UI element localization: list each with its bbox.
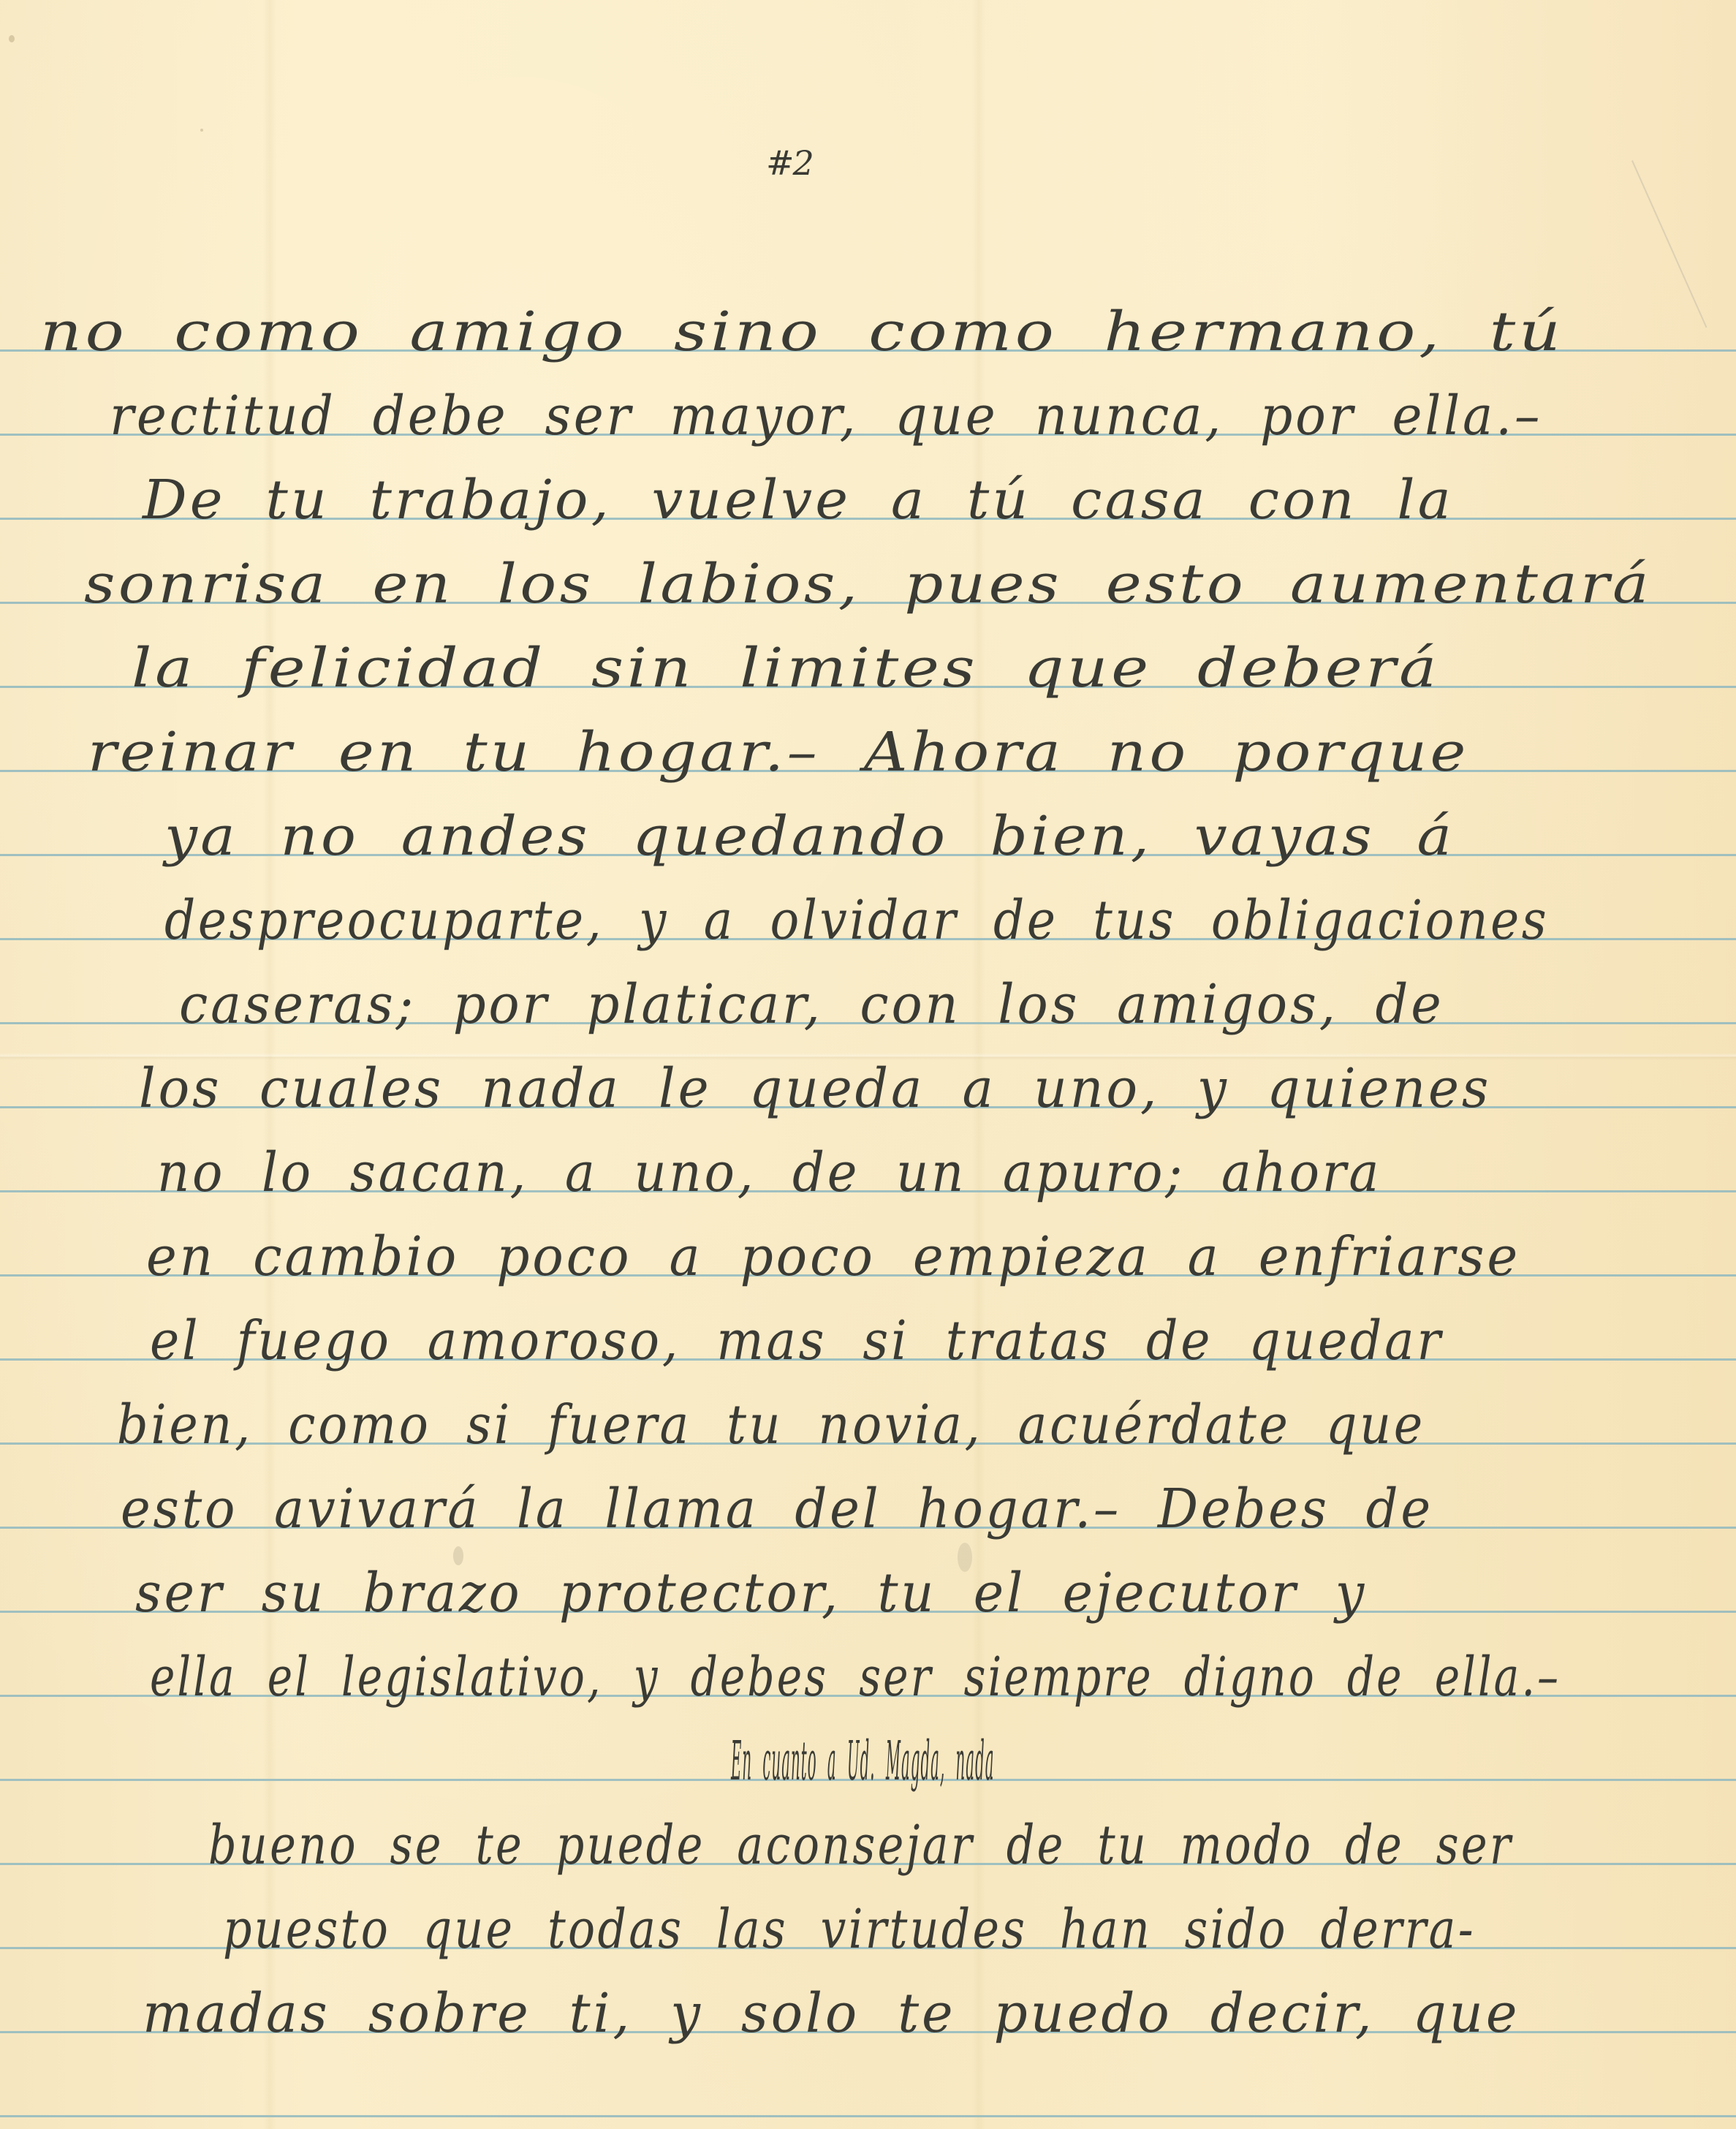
handwritten-line: bueno se te puede aconsejar de tu modo d… — [208, 1818, 1513, 1872]
handwritten-line: los cuales nada le queda a uno, y quiene… — [139, 1062, 1491, 1116]
handwritten-line: en cambio poco a poco empieza a enfriars… — [146, 1230, 1520, 1284]
handwritten-line: no lo sacan, a uno, de un apuro; ahora — [157, 1146, 1381, 1200]
handwritten-line: no como amigo sino como hermano, tú — [40, 305, 1564, 359]
handwritten-line: el fuego amoroso, mas si tratas de queda… — [150, 1314, 1444, 1368]
paper-tear — [1631, 160, 1707, 328]
ruled-line — [0, 2115, 1736, 2117]
handwritten-line: sonrisa en los labios, pues esto aumenta… — [84, 557, 1652, 611]
handwritten-line: puesto que todas las virtudes han sido d… — [223, 1902, 1476, 1956]
page-number: #2 — [766, 143, 813, 183]
handwritten-line: bien, como si fuera tu novia, acuérdate … — [117, 1398, 1425, 1452]
handwritten-line: la felicidad sin limites que deberá — [132, 641, 1440, 695]
handwritten-line: ser su brazo protector, tu el ejecutor y — [135, 1566, 1367, 1620]
paper-spot — [9, 35, 15, 42]
handwritten-line: ella el legislativo, y debes ser siempre… — [150, 1650, 1561, 1704]
handwritten-line: madas sobre ti, y solo te puedo decir, q… — [143, 1986, 1520, 2041]
handwritten-line: despreocuparte, y a olvidar de tus oblig… — [164, 893, 1549, 948]
handwritten-line: De tu trabajo, vuelve a tú casa con la — [143, 473, 1454, 527]
handwritten-line: reinar en tu hogar.– Ahora no porque — [88, 725, 1469, 779]
handwritten-line: caseras; por platicar, con los amigos, d… — [179, 977, 1444, 1032]
handwritten-line: En cuanto a Ud. Magda, nada — [731, 1734, 995, 1788]
letter-page: #2 no como amigo sino como hermano, tú r… — [0, 0, 1736, 2129]
handwritten-line: esto avivará la llama del hogar.– Debes … — [121, 1482, 1433, 1536]
handwritten-line: ya no andes quedando bien, vayas á — [164, 809, 1455, 863]
paper-spot — [200, 129, 203, 132]
handwritten-line: rectitud debe ser mayor, que nunca, por … — [110, 389, 1542, 443]
